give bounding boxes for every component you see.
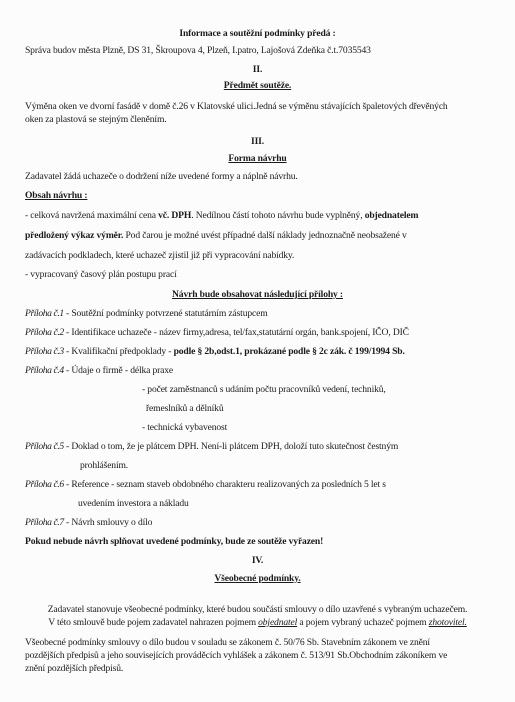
section-2-body-line-1: Výměna oken ve dvorní fasádě v domě č.26… [25, 101, 448, 113]
section-3-intro: Zadavatel žádá uchazeče o dodržení níže … [25, 171, 298, 183]
content-line-2-b: Pod čarou je možné uvést případné další … [123, 230, 406, 241]
attachment-4-sub-1-cont: řemeslníků a dělníků [146, 403, 223, 415]
attachment-label: Příloha č.3 [25, 346, 64, 358]
term-zhotovitel: zhotovitel. [429, 617, 467, 628]
content-line-1-b: vč. DPH [158, 210, 191, 221]
section-2-number: II. [0, 64, 515, 76]
para1-line-2-c: a pojem vybraný uchazeč pojmem [297, 617, 429, 628]
section-4-para1-line-1: Zadavatel stanovuje všeobecné podmínky, … [0, 604, 515, 616]
attachment-4-sub-2: - technická vybavenost [142, 422, 227, 434]
attachment-7: Příloha č.7 - Návrh smlouvy o dílo [25, 517, 152, 529]
section-4-para2-line-1: Všeobecné podmínky smlouvy o dílo budou … [25, 637, 430, 649]
attachment-6-cont: uvedením investora a nákladu [78, 498, 189, 510]
document-page: Informace a soutěžní podmínky předá : Sp… [0, 0, 515, 702]
attachment-6: Příloha č.6 - Reference - seznam staveb … [25, 479, 386, 491]
attachment-text: - Reference - seznam staveb obdobného ch… [64, 479, 386, 490]
attachment-label: Příloha č.5 [25, 441, 64, 453]
attachment-text: - Údaje o firmě - délka praxe [64, 365, 173, 376]
section-4-para1-line-2: V této smlouvě bude pojem zadavatel nahr… [0, 617, 515, 629]
attachment-4-sub-1: - počet zaměstnanců s udáním počtu praco… [142, 384, 386, 396]
section-2-title: Předmět soutěže. [0, 80, 515, 92]
attachment-label: Příloha č.7 [25, 517, 64, 529]
attachment-4: Příloha č.4 - Údaje o firmě - délka prax… [25, 365, 173, 377]
attachment-3: Příloha č.3 - Kvalifikační předpoklady -… [25, 346, 405, 358]
content-line-4: - vypracovaný časový plán postupu prací [25, 269, 177, 281]
section-3-number: III. [0, 136, 515, 148]
attachment-bold-text: podle § 2b,odst.1, prokázané podle § 2c … [174, 346, 405, 357]
warning-text: Pokud nebude návrh splňovat uvedené podm… [25, 536, 323, 548]
attachment-label: Příloha č.4 [25, 365, 64, 377]
attachment-2: Příloha č.2 - Identifikace uchazeče - ná… [25, 327, 409, 339]
section-2-body-line-2: oken za plastová se stejným členěním. [25, 114, 167, 126]
attachment-1: Příloha č.1 - Soutěžní podmínky potvrzen… [25, 308, 268, 320]
attachment-label: Příloha č.2 [25, 327, 64, 339]
content-line-1-c: . Nedílnou částí tohoto návrhu bude vypl… [191, 210, 364, 221]
content-line-2: předložený výkaz výměr. Pod čarou je mož… [25, 230, 407, 242]
attachment-5-cont: prohlášením. [80, 460, 128, 472]
content-line-1-a: - celková navržená maximální cena [25, 210, 158, 221]
attachments-heading: Návrh bude obsahovat následující přílohy… [0, 289, 515, 301]
content-line-1-d: objednatelem [365, 210, 419, 221]
attachment-text: - Doklad o tom, že je plátcem DPH. Není-… [64, 441, 398, 452]
header-address: Správa budov města Plzně, DS 31, Škroupo… [25, 45, 371, 57]
attachment-text: - Návrh smlouvy o dílo [64, 517, 152, 528]
para1-line-2-a: V této smlouvě bude pojem zadavatel nahr… [48, 617, 258, 628]
attachment-label: Příloha č.6 [25, 479, 64, 491]
section-4-para2-line-2: pozdějších předpisů a jeho souvisejících… [25, 650, 447, 662]
term-objednatel: objednatel [258, 617, 297, 628]
content-line-1: - celková navržená maximální cena vč. DP… [25, 210, 418, 222]
section-4-para2-line-3: znění pozdějších předpisů. [25, 663, 123, 675]
attachment-5: Příloha č.5 - Doklad o tom, že je plátce… [25, 441, 398, 453]
content-heading: Obsah návrhu : [25, 190, 87, 202]
section-4-title: Všeobecné podmínky. [0, 573, 515, 585]
attachment-text: - Soutěžní podmínky potvrzené statutární… [64, 308, 268, 319]
attachment-text: - Kvalifikační předpoklady - [64, 346, 174, 357]
section-3-title: Forma návrhu [0, 153, 515, 165]
header-title: Informace a soutěžní podmínky předá : [0, 28, 515, 40]
attachment-label: Příloha č.1 [25, 308, 64, 320]
content-line-2-a: předložený výkaz výměr. [25, 230, 123, 241]
section-4-number: IV. [0, 555, 515, 567]
content-line-3: zadávacích podkladech, které uchazeč zji… [25, 250, 294, 262]
attachment-text: - Identifikace uchazeče - název firmy,ad… [64, 327, 409, 338]
